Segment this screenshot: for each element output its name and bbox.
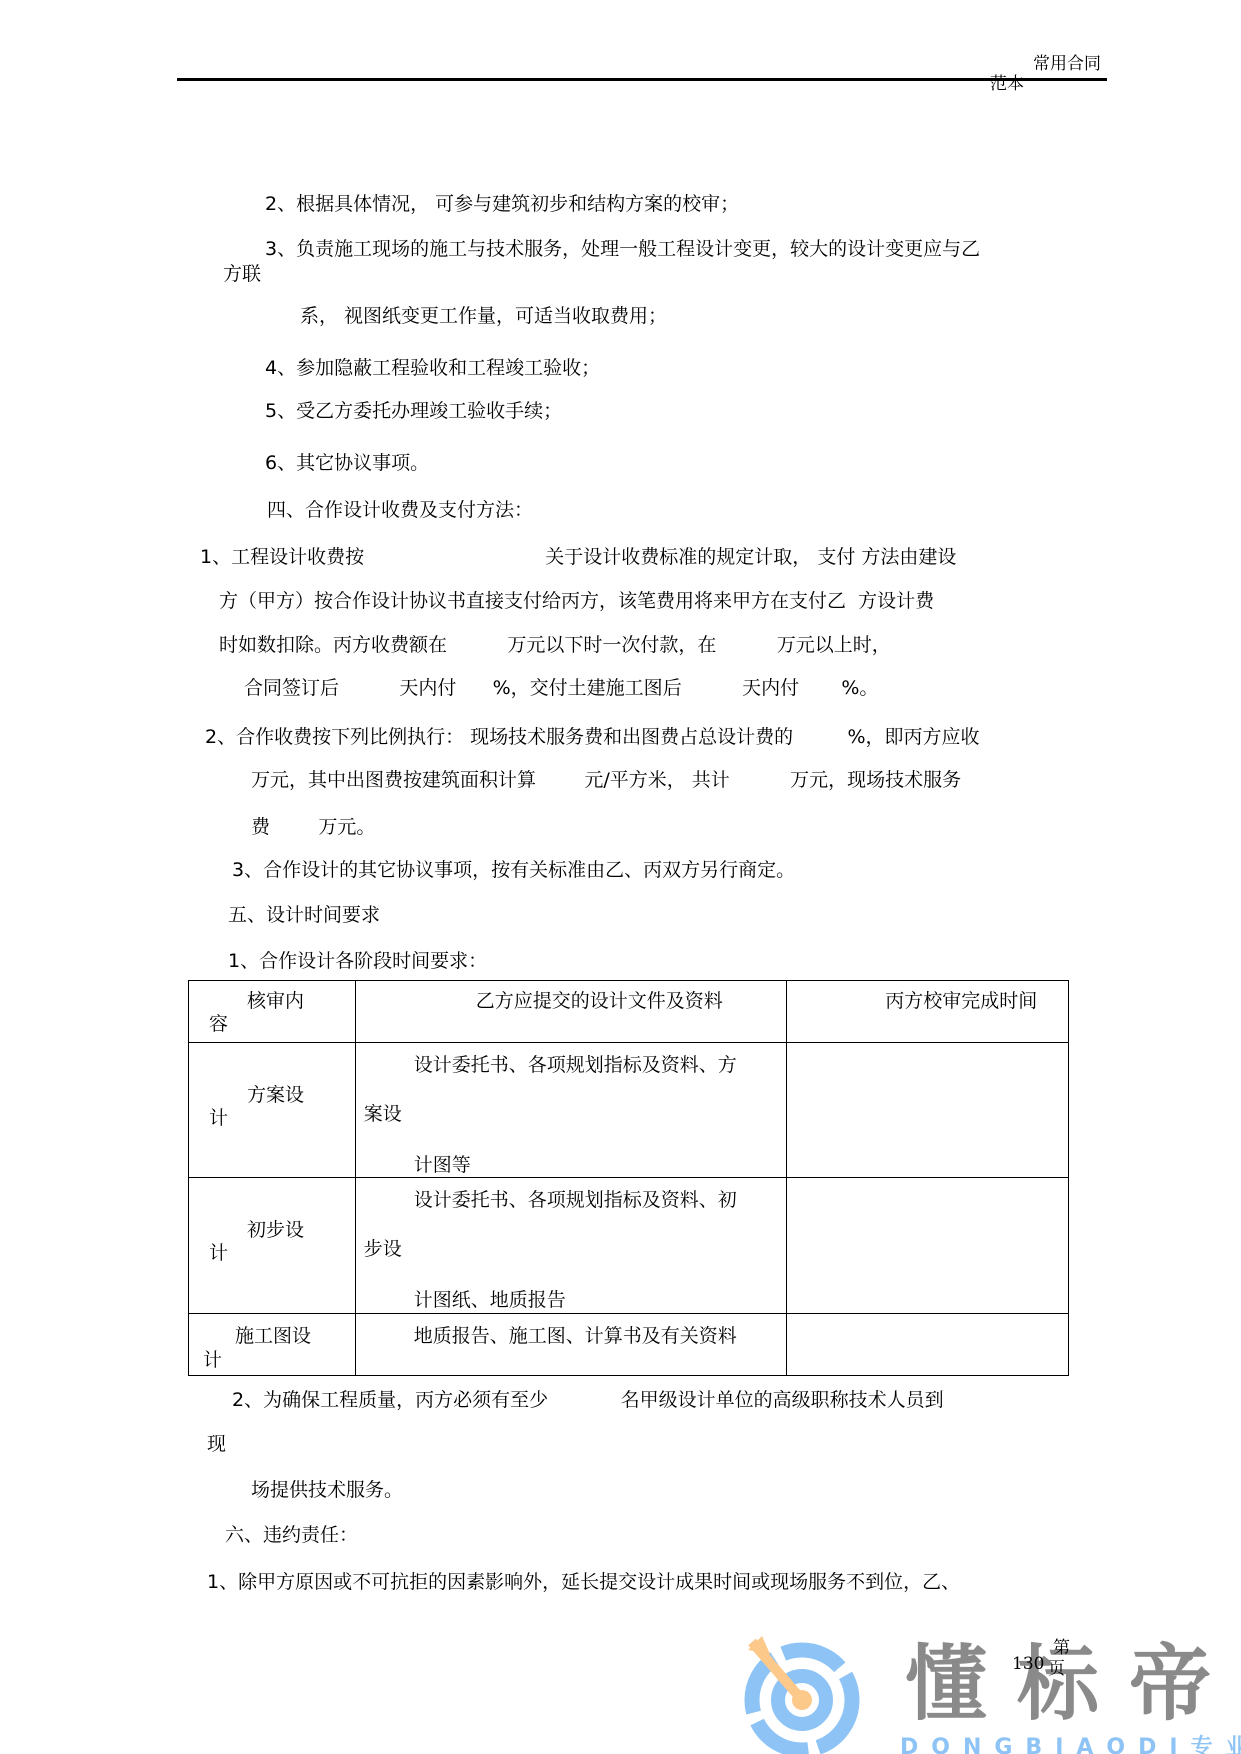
documents-cell: 设计委托书、各项规划指标及资料、初 步设 计图纸、地质报告 bbox=[355, 1178, 787, 1314]
paragraph-line: 1、工程设计收费按 关于设计收费标准的规定计取， 支付 方法由建设 bbox=[200, 545, 956, 569]
paragraph-line: 3、合作设计的其它协议事项，按有关标准由乙、丙双方另行商定。 bbox=[232, 858, 795, 882]
paragraph-line: 2、合作收费按下列比例执行： 现场技术服务费和出图费占总设计费的 %，即丙方应收 bbox=[205, 725, 980, 749]
table-header-row: 核审内 容 乙方应提交的设计文件及资料 丙方校审完成时间 bbox=[189, 981, 1069, 1043]
paragraph-line: 场提供技术服务。 bbox=[251, 1478, 403, 1502]
review-time-cell bbox=[787, 1043, 1069, 1178]
paragraph-line: 4、参加隐蔽工程验收和工程竣工验收； bbox=[265, 356, 600, 380]
header-rule bbox=[177, 78, 1107, 81]
page-suffix: 页 bbox=[1048, 1654, 1065, 1679]
header-cell-review-time: 丙方校审完成时间 bbox=[787, 981, 1069, 1043]
review-time-cell bbox=[787, 1314, 1069, 1376]
header-subtitle: 范本 bbox=[990, 74, 1024, 94]
paragraph-line: 四、合作设计收费及支付方法： bbox=[267, 498, 533, 522]
paragraph-line: 1、除甲方原因或不可抗拒的因素影响外，延长提交设计成果时间或现场服务不到位，乙、 bbox=[207, 1570, 960, 1594]
stage-cell: 施工图设 计 bbox=[189, 1314, 356, 1376]
paragraph-line: 现 bbox=[207, 1432, 226, 1456]
paragraph-line: 1、合作设计各阶段时间要求： bbox=[228, 949, 487, 973]
review-time-cell bbox=[787, 1178, 1069, 1314]
paragraph-line: 5、受乙方委托办理竣工验收手续； bbox=[265, 399, 562, 423]
target-icon bbox=[740, 1630, 870, 1754]
table-row: 施工图设 计 地质报告、施工图、计算书及有关资料 bbox=[189, 1314, 1069, 1376]
header-title: 常用合同 bbox=[1033, 54, 1101, 74]
table-row: 初步设 计 设计委托书、各项规划指标及资料、初 步设 计图纸、地质报告 bbox=[189, 1178, 1069, 1314]
watermark-brand: 懂标帝 bbox=[905, 1640, 1241, 1730]
table-row: 方案设 计 设计委托书、各项规划指标及资料、方 案设 计图等 bbox=[189, 1043, 1069, 1178]
paragraph-line: 合同签订后 天内付 %，交付土建施工图后 天内付 %。 bbox=[244, 676, 878, 700]
header-cell-review-content: 核审内 容 bbox=[189, 981, 356, 1043]
paragraph-line: 时如数扣除。丙方收费额在 万元以下时一次付款，在 万元以上时， bbox=[219, 633, 891, 657]
paragraph-line: 费 万元。 bbox=[251, 815, 375, 839]
stage-cell: 方案设 计 bbox=[189, 1043, 356, 1178]
paragraph-line: 方（甲方）按合作设计协议书直接支付给丙方，该笔费用将来甲方在支付乙 方设计费 bbox=[219, 589, 934, 613]
stage-cell: 初步设 计 bbox=[189, 1178, 356, 1314]
paragraph-line: 系， 视图纸变更工作量，可适当收取费用； bbox=[300, 304, 667, 328]
paragraph-line: 2、根据具体情况， 可参与建筑初步和结构方案的校审； bbox=[265, 192, 739, 216]
paragraph-line: 2、为确保工程质量，丙方必须有至少 名甲级设计单位的高级职称技术人员到 bbox=[232, 1388, 944, 1412]
paragraph-line: 万元，其中出图费按建筑面积计算 元/平方米， 共计 万元，现场技术服务 bbox=[251, 768, 961, 792]
header-cell-documents: 乙方应提交的设计文件及资料 bbox=[355, 981, 787, 1043]
paragraph-line: 五、设计时间要求 bbox=[228, 903, 380, 927]
watermark-logo: 懂标帝 DONGBIAODI专业版 bbox=[740, 1630, 1240, 1754]
paragraph-line: 方联 bbox=[223, 262, 261, 286]
paragraph-line: 3、负责施工现场的施工与技术服务，处理一般工程设计变更，较大的设计变更应与乙 bbox=[265, 237, 980, 261]
paragraph-line: 6、其它协议事项。 bbox=[265, 451, 429, 475]
paragraph-line: 六、违约责任： bbox=[225, 1523, 358, 1547]
documents-cell: 地质报告、施工图、计算书及有关资料 bbox=[355, 1314, 787, 1376]
watermark-subtitle: DONGBIAODI专业版 bbox=[900, 1730, 1241, 1754]
page-number: 130 bbox=[1012, 1654, 1044, 1674]
documents-cell: 设计委托书、各项规划指标及资料、方 案设 计图等 bbox=[355, 1043, 787, 1178]
design-schedule-table: 核审内 容 乙方应提交的设计文件及资料 丙方校审完成时间 方案设 计 设计委托书… bbox=[188, 980, 1069, 1376]
